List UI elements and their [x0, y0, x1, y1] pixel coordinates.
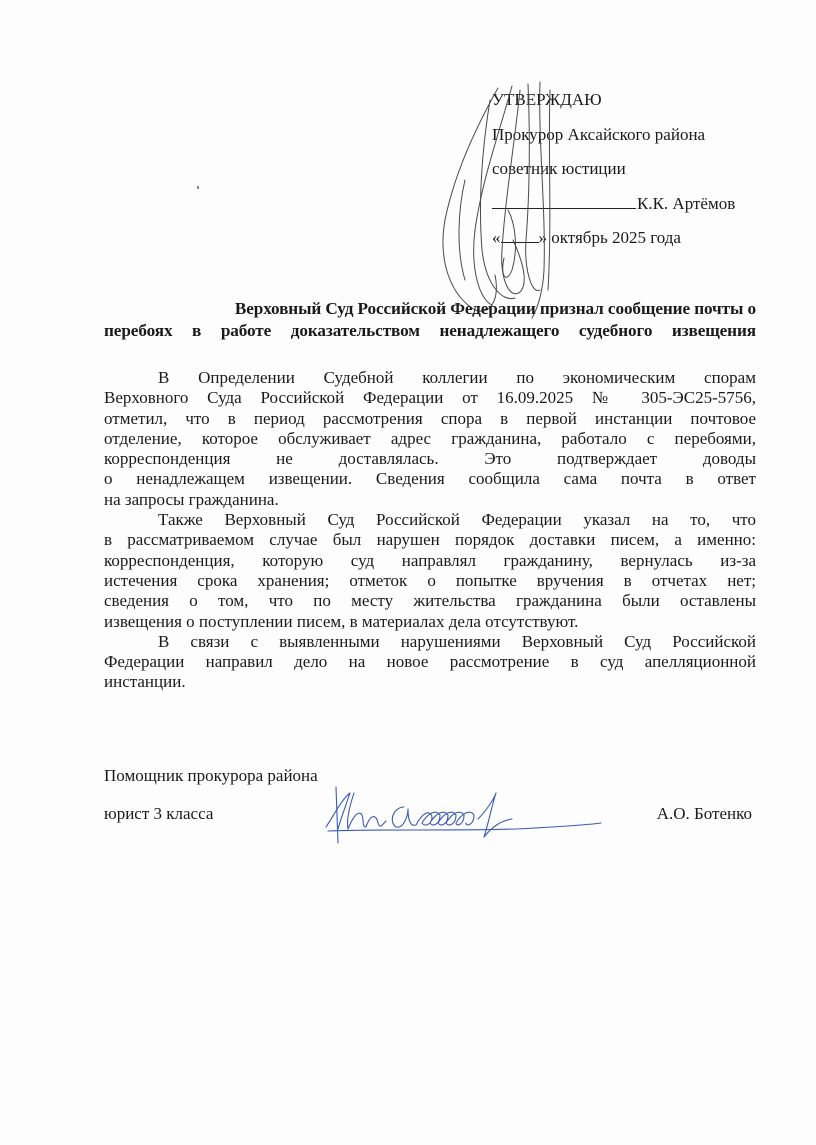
- text-line: о ненадлежащем извещении. Сведения сообщ…: [104, 469, 756, 489]
- text-line: на запросы гражданина.: [104, 490, 756, 510]
- paragraph-3: В связи с выявленными нарушениями Верхов…: [104, 632, 756, 693]
- approval-block: УТВЕРЖДАЮ Прокурор Аксайского района сов…: [492, 83, 735, 256]
- text-line: отметил, что в период рассмотрения спора…: [104, 409, 756, 429]
- signer-rank: юрист 3 класса: [104, 804, 213, 823]
- approval-heading: УТВЕРЖДАЮ: [492, 83, 735, 118]
- paragraph-2: Также Верховный Суд Российской Федерации…: [104, 510, 756, 632]
- document-title: Верховный Суд Российской Федерации призн…: [104, 298, 756, 342]
- text-line: корреспонденция, которую суд направлял г…: [104, 551, 756, 571]
- signer-name: А.О. Ботенко: [657, 804, 752, 824]
- signature-blank: [492, 196, 636, 209]
- signer-position-row: Помощник прокурора района: [104, 766, 756, 804]
- approver-signature-line: К.К. Артёмов: [492, 187, 735, 222]
- text-line: инстанции.: [104, 672, 756, 692]
- day-blank: [501, 230, 539, 243]
- document-page: УТВЕРЖДАЮ Прокурор Аксайского района сов…: [0, 0, 816, 1145]
- approval-date: «» октябрь 2025 года: [492, 221, 735, 256]
- text-line: Также Верховный Суд Российской Федерации…: [104, 510, 756, 530]
- text-line: Верховного Суда Российской Федерации от …: [104, 388, 756, 408]
- text-line: отделение, которое обслуживает адрес гра…: [104, 429, 756, 449]
- text-line: в рассматриваемом случае был нарушен пор…: [104, 530, 756, 550]
- approver-rank: советник юстиции: [492, 152, 735, 187]
- text-line: извещения о поступлении писем, в материа…: [104, 612, 756, 632]
- date-rest: » октябрь 2025 года: [539, 228, 681, 247]
- signature-block: Помощник прокурора района юрист 3 класса…: [104, 766, 756, 842]
- approver-position: Прокурор Аксайского района: [492, 118, 735, 153]
- signer-rank-row: юрист 3 класса А.О. Ботенко: [104, 804, 756, 842]
- document-body: В Определении Судебной коллегии по эконо…: [104, 368, 756, 693]
- scan-speck: [197, 186, 199, 189]
- text-line: В связи с выявленными нарушениями Верхов…: [104, 632, 756, 652]
- text-line: сведения о том, что по месту жительства …: [104, 591, 756, 611]
- title-line-2: перебоях в работе доказательством ненадл…: [104, 320, 756, 342]
- title-line-1: Верховный Суд Российской Федерации призн…: [104, 298, 756, 320]
- date-open-quote: «: [492, 228, 501, 247]
- text-line: Федерации направил дело на новое рассмот…: [104, 652, 756, 672]
- paragraph-1: В Определении Судебной коллегии по эконо…: [104, 368, 756, 510]
- signer-position: Помощник прокурора района: [104, 766, 318, 785]
- text-line: корреспонденция не доставлялась. Это под…: [104, 449, 756, 469]
- text-line: истечения срока хранения; отметок о попы…: [104, 571, 756, 591]
- text-line: В Определении Судебной коллегии по эконо…: [104, 368, 756, 388]
- approver-name: К.К. Артёмов: [637, 194, 735, 213]
